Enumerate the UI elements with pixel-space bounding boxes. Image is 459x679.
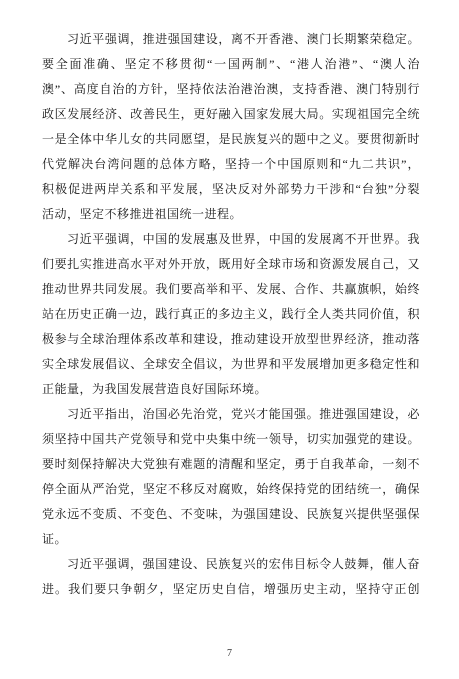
text-line: 证。 (42, 527, 420, 552)
text-line: 进。我们要只争朝夕，坚定历史自信，增强历史主动，坚持守正创新， (42, 577, 420, 602)
text-line: 代党解决台湾问题的总体方略，坚持一个中国原则和“九二共识”， (42, 152, 420, 177)
text-line: 极参与全球治理体系改革和建设，推动建设开放型世界经济，推动落 (42, 327, 420, 352)
text-line: 活动，坚定不移推进祖国统一进程。 (42, 202, 420, 227)
page-footer: 7 (0, 643, 459, 661)
text-line: 要时刻保持解决大党独有难题的清醒和坚定，勇于自我革命，一刻不 (42, 452, 420, 477)
page-number: 7 (227, 648, 232, 659)
document-page: 习近平强调，推进强国建设，离不开香港、澳门长期繁荣稳定。要全面准确、坚定不移贯彻… (0, 0, 459, 679)
text-line: 积极促进两岸关系和平发展，坚决反对外部势力干涉和“台独”分裂 (42, 177, 420, 202)
text-line: 实全球发展倡议、全球安全倡议，为世界和平发展增加更多稳定性和 (42, 352, 420, 377)
text-line: 要全面准确、坚定不移贯彻“一国两制”、“港人治港”、“澳人治 (42, 52, 420, 77)
text-line: 们要扎实推进高水平对外开放，既用好全球市场和资源发展自己，又 (42, 252, 420, 277)
text-line: 党永远不变质、不变色、不变味，为强国建设、民族复兴提供坚强保 (42, 502, 420, 527)
text-line: 习近平强调，推进强国建设，离不开香港、澳门长期繁荣稳定。 (42, 27, 420, 52)
text-line: 习近平强调，强国建设、民族复兴的宏伟目标令人鼓舞，催人奋 (42, 552, 420, 577)
text-line: 停全面从严治党，坚定不移反对腐败，始终保持党的团结统一，确保 (42, 477, 420, 502)
text-line: 须坚持中国共产党领导和党中央集中统一领导，切实加强党的建设。 (42, 427, 420, 452)
text-line: 政区发展经济、改善民生，更好融入国家发展大局。实现祖国完全统 (42, 102, 420, 127)
text-line: 习近平强调，中国的发展惠及世界，中国的发展离不开世界。我 (42, 227, 420, 252)
text-line: 习近平指出，治国必先治党，党兴才能国强。推进强国建设，必 (42, 402, 420, 427)
text-line: 推动世界共同发展。我们要高举和平、发展、合作、共赢旗帜，始终 (42, 277, 420, 302)
text-line: 澳”、高度自治的方针，坚持依法治港治澳，支持香港、澳门特别行 (42, 77, 420, 102)
text-line: 正能量，为我国发展营造良好国际环境。 (42, 377, 420, 402)
text-line: 站在历史正确一边，践行真正的多边主义，践行全人类共同价值，积 (42, 302, 420, 327)
document-body: 习近平强调，推进强国建设，离不开香港、澳门长期繁荣稳定。要全面准确、坚定不移贯彻… (42, 27, 420, 602)
text-line: 一是全体中华儿女的共同愿望，是民族复兴的题中之义。要贯彻新时 (42, 127, 420, 152)
